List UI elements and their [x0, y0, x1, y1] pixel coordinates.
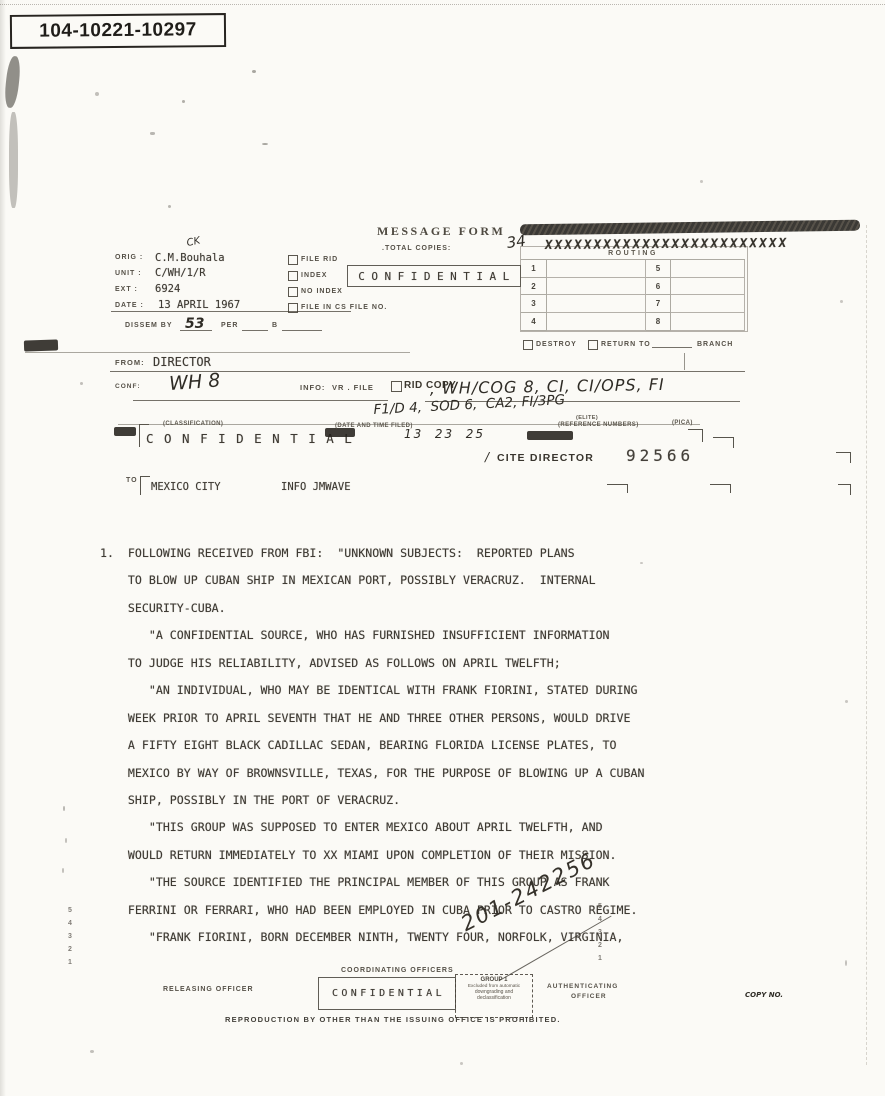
scan-speckle — [168, 205, 171, 208]
confidential-stamp-bottom-text: CONFIDENTIAL — [329, 988, 445, 999]
confidential-stamp-top: CONFIDENTIAL — [347, 265, 521, 287]
form-title: MESSAGE FORM — [377, 224, 505, 239]
margin-number: 4 — [68, 917, 72, 930]
body-line: "THIS GROUP WAS SUPPOSED TO ENTER MEXICO… — [100, 814, 800, 841]
body-line: SECURITY-CUBA. — [100, 595, 800, 622]
redaction-mark — [325, 428, 355, 437]
return-to-underline — [652, 338, 692, 348]
scan-speckle — [640, 562, 643, 564]
left-margin-numbers: 5 4 3 2 1 — [68, 904, 72, 969]
ink-smudge-bar — [520, 220, 860, 236]
group-box-title: GROUP 1 — [456, 977, 532, 983]
body-line: "A CONFIDENTIAL SOURCE, WHO HAS FURNISHE… — [100, 622, 800, 649]
corner-mark — [713, 437, 734, 448]
reference-numbers-caption: (REFERENCE NUMBERS) — [558, 422, 639, 428]
destroy-label: DESTROY — [536, 341, 577, 348]
cite-slash: / — [485, 450, 489, 464]
cite-label: CITE DIRECTOR — [497, 452, 594, 464]
routing-cell — [671, 313, 745, 331]
no-index-label: NO INDEX — [301, 288, 343, 295]
scan-speckle — [90, 1050, 94, 1053]
body-line: SHIP, POSSIBLY IN THE PORT OF VERACRUZ. — [100, 787, 800, 814]
routing-cell — [547, 313, 646, 331]
corner-mark — [838, 484, 851, 495]
scan-speckle — [95, 92, 99, 96]
scan-speckle — [62, 868, 64, 873]
scan-speckle — [700, 180, 703, 183]
ext-label: EXT : — [115, 286, 138, 293]
b-underline — [282, 319, 322, 331]
file-rid-checkbox-icon — [288, 255, 298, 265]
dissem-by-label: DISSEM BY — [125, 322, 173, 329]
file-in-cs-checkbox-icon — [288, 303, 298, 313]
ext-value: 6924 — [155, 283, 180, 295]
routing-cell — [671, 278, 745, 296]
file-rid-label: FILE RID — [301, 256, 338, 263]
body-line: "THE SOURCE IDENTIFIED THE PRINCIPAL MEM… — [100, 869, 800, 896]
body-line: MEXICO BY WAY OF BROWNSVILLE, TEXAS, FOR… — [100, 760, 800, 787]
conf-underline-1 — [133, 390, 388, 401]
scan-speckle — [182, 100, 185, 103]
body-line: 1. FOLLOWING RECEIVED FROM FBI: "UNKNOWN… — [100, 540, 800, 567]
redaction-mark — [114, 427, 136, 436]
redaction-mark — [527, 431, 573, 440]
conf-label: CONF: — [115, 383, 141, 390]
margin-number: 3 — [68, 930, 72, 943]
routing-number: 6 — [646, 278, 671, 296]
return-to-label: RETURN TO — [601, 341, 651, 348]
margin-number: 1 — [598, 952, 602, 965]
corner-mark — [836, 452, 851, 463]
to-label: TO — [126, 477, 138, 484]
authenticating-officer-label-2: OFFICER — [571, 993, 607, 1000]
confidential-stamp-bottom: CONFIDENTIAL — [318, 977, 456, 1010]
handwritten-numbers: 13 23 25 — [404, 427, 485, 441]
corner-mark — [688, 429, 703, 442]
copy-no-label: COPY NO. — [745, 991, 783, 999]
scan-speckle — [845, 960, 847, 966]
scan-speckle — [840, 300, 843, 303]
routing-number: 1 — [521, 260, 547, 278]
branch-label: BRANCH — [697, 341, 733, 348]
margin-number: 2 — [598, 939, 602, 952]
scan-speckle — [63, 806, 65, 811]
cite-number: 92566 — [626, 446, 694, 465]
orig-value: C.M.Bouhala — [155, 252, 225, 264]
scan-speckle — [845, 700, 848, 703]
routing-cell — [547, 260, 646, 278]
scan-speckle — [252, 70, 256, 73]
routing-number: 3 — [521, 295, 547, 313]
releasing-officer-label: RELEASING OFFICER — [163, 986, 254, 993]
unit-label: UNIT : — [115, 270, 142, 277]
group-box-text: declassification — [456, 995, 532, 1001]
no-index-checkbox-icon — [288, 287, 298, 297]
scan-speckle — [150, 132, 155, 135]
right-margin-numbers: 5 4 3 2 1 — [598, 900, 602, 965]
corner-mark — [607, 484, 628, 493]
body-line: WOULD RETURN IMMEDIATELY TO XX MIAMI UPO… — [100, 842, 800, 869]
page-right-dotted-edge — [866, 225, 867, 1065]
index-label: INDEX — [301, 272, 327, 279]
routing-number: 5 — [646, 260, 671, 278]
page-top-dotted-edge — [0, 4, 885, 5]
b-label: B — [272, 322, 278, 329]
body-line: TO JUDGE HIS RELIABILITY, ADVISED AS FOL… — [100, 650, 800, 677]
index-checkbox-icon — [288, 271, 298, 281]
body-line: FERRINI OR FERRARI, WHO HAD BEEN EMPLOYE… — [100, 897, 800, 924]
destroy-checkbox-icon — [523, 340, 533, 350]
rid-copy-checkbox-icon — [391, 381, 402, 392]
routing-header: ROUTING — [521, 247, 745, 260]
authenticating-officer-label: AUTHENTICATING — [547, 983, 618, 990]
corner-mark — [710, 484, 731, 493]
per-underline — [242, 319, 268, 331]
unit-value: C/WH/1/R — [155, 267, 206, 279]
scan-speckle — [460, 1062, 463, 1065]
margin-number: 5 — [598, 900, 602, 913]
pica-caption: (PICA) — [672, 420, 693, 426]
per-label: PER — [221, 322, 238, 329]
margin-number: 1 — [68, 956, 72, 969]
body-line: TO BLOW UP CUBAN SHIP IN MEXICAN PORT, P… — [100, 567, 800, 594]
routing-cell — [547, 278, 646, 296]
left-edge-shadow — [0, 0, 6, 1096]
body-line: "AN INDIVIDUAL, WHO MAY BE IDENTICAL WIT… — [100, 677, 800, 704]
scan-blotch — [3, 55, 21, 108]
coordinating-officers-label: COORDINATING OFFICERS — [341, 967, 454, 974]
routing-number: 8 — [646, 313, 671, 331]
routing-cell — [671, 260, 745, 278]
date-time-filed-caption: (DATE AND TIME FILED) — [335, 423, 413, 429]
margin-number: 5 — [68, 904, 72, 917]
total-copies-label: .TOTAL COPIES: — [382, 245, 451, 252]
routing-cell — [547, 295, 646, 313]
orig-annotation: CK — [186, 235, 202, 249]
scan-speckle — [262, 143, 268, 145]
routing-number: 4 — [521, 313, 547, 331]
address-bracket — [140, 476, 150, 495]
confidential-stamp-top-text: CONFIDENTIAL — [352, 270, 515, 283]
routing-number: 7 — [646, 295, 671, 313]
routing-number: 2 — [521, 278, 547, 296]
scanned-document-page: 104-10221-10297 MESSAGE FORM .TOTAL COPI… — [0, 0, 885, 1096]
margin-number: 2 — [68, 943, 72, 956]
dissem-underline — [180, 319, 212, 331]
body-line: A FIFTY EIGHT BLACK CADILLAC SEDAN, BEAR… — [100, 732, 800, 759]
file-in-cs-label: FILE IN CS FILE NO. — [301, 304, 387, 311]
group-exclusion-box: GROUP 1 Excluded from automatic downgrad… — [455, 974, 533, 1018]
document-id-box: 104-10221-10297 — [10, 13, 226, 49]
elite-caption: (ELITE) — [576, 415, 598, 421]
scan-blotch — [9, 112, 18, 208]
body-line: WEEK PRIOR TO APRIL SEVENTH THAT HE AND … — [100, 705, 800, 732]
document-id: 104-10221-10297 — [39, 19, 197, 42]
group-box-text: Excluded from automatic — [458, 983, 530, 989]
orig-label: ORIG : — [115, 254, 143, 261]
body-line: "FRANK FIORINI, BORN DECEMBER NINTH, TWE… — [100, 924, 800, 951]
destination: MEXICO CITY — [151, 481, 221, 493]
margin-number: 3 — [598, 926, 602, 939]
message-body: 1. FOLLOWING RECEIVED FROM FBI: "UNKNOWN… — [100, 540, 800, 952]
return-to-checkbox-icon — [588, 340, 598, 350]
routing-table: ROUTING 1 5 2 6 3 7 4 8 — [520, 246, 748, 332]
scan-speckle — [80, 382, 83, 385]
routing-cell — [671, 295, 745, 313]
scan-speckle — [65, 838, 67, 843]
reproduction-notice: REPRODUCTION BY OTHER THAN THE ISSUING O… — [225, 1015, 561, 1024]
margin-number: 4 — [598, 913, 602, 926]
info-destination: INFO JMWAVE — [281, 481, 351, 493]
section-rule — [25, 341, 410, 353]
